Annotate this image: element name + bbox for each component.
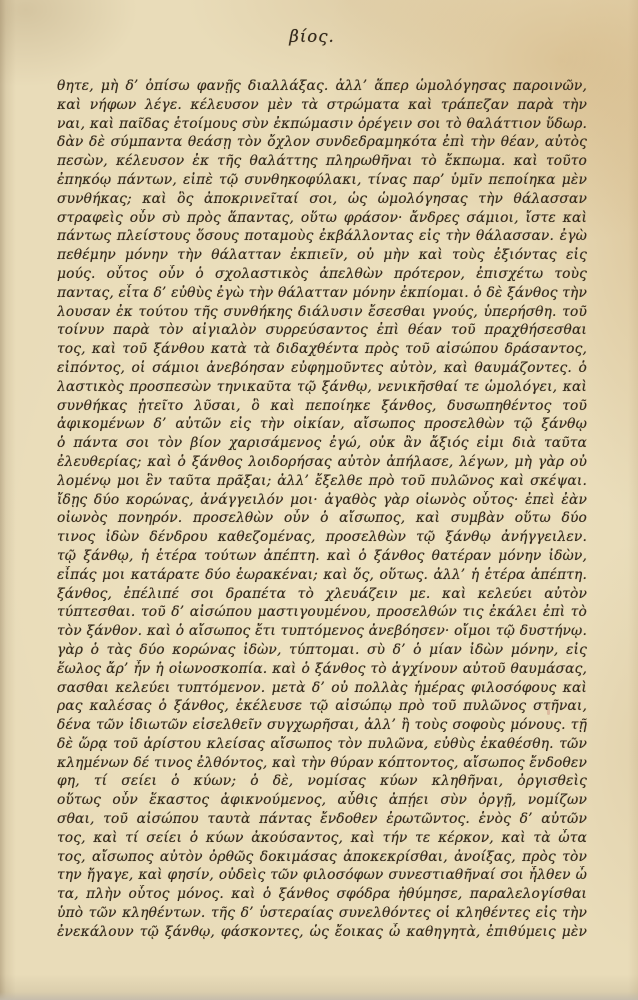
greek-text-block: θητε, μὴ δ’ ὀπίσω φανῇς διαλλάξας. ἀλλ’ …: [57, 77, 587, 942]
text-line: τα, πλὴν οὗτος μόνος. καὶ ὁ ξάνθος σφόδρ…: [57, 885, 587, 904]
text-line: θητε, μὴ δ’ ὀπίσω φανῇς διαλλάξας. ἀλλ’ …: [57, 77, 587, 96]
text-line: οἰωνὸς πονηρόν. προσελθὼν οὖν ὁ αἴσωπος,…: [57, 509, 587, 528]
text-line: λομένῳ μοι ἓν ταῦτα πρᾶξαι; ἀλλ’ ἔξελθε …: [57, 472, 587, 491]
text-line: τινος ἰδὼν δένδρου καθεζομένας, προσελθὼ…: [57, 528, 587, 547]
text-line: ὁ πάντα σοι τὸν βίον χαρισάμενος ἐγώ, οὐ…: [57, 434, 587, 453]
text-line: μούς. οὗτος οὖν ὁ σχολαστικὸς ἀπελθὼν πρ…: [57, 265, 587, 284]
text-line: λουσαν ἐκ τούτου τῆς συνθήκης διάλυσιν ἔ…: [57, 303, 587, 322]
text-line: ἐπηκόῳ πάντων, εἰπὲ τῷ συνθηκοφύλακι, τί…: [57, 171, 587, 190]
text-line: ξάνθος, ἐπέλιπέ σοι δραπέτα τὸ χλευάζειν…: [57, 585, 587, 604]
text-line: τύπτεσθαι. τοῦ δ’ αἰσώπου μαστιγουμένου,…: [57, 603, 587, 622]
text-line: λαστικὸς προσπεσὼν τηνικαῦτα τῷ ξάνθῳ, ν…: [57, 378, 587, 397]
text-line: συνθήκας ᾐτεῖτο λῦσαι, ὃ καὶ πεποίηκε ξά…: [57, 397, 587, 416]
text-line: σασθαι κελεύει τυπτόμενον. μετὰ δ’ οὐ πο…: [57, 679, 587, 698]
text-line: ναι, καὶ παῖδας ἑτοίμους σὺν ἐκπώμασιν ὀ…: [57, 115, 587, 134]
margin-stain: [547, 704, 550, 715]
text-line: ρας καλέσας ὁ ξάνθος, ἐκέλευσε τῷ αἰσώπῳ…: [57, 697, 587, 716]
text-line: τὸν ξάνθον. καὶ ὁ αἴσωπος ἔτι τυπτόμενος…: [57, 622, 587, 641]
text-line: εἰπόντος, οἱ σάμιοι ἀνεβόησαν εὐφημοῦντε…: [57, 359, 587, 378]
text-line: γὰρ ὁ τὰς δύο κορώνας ἰδὼν, τύπτομαι. σὺ…: [57, 641, 587, 660]
text-line: φη, τί σείει ὁ κύων; ὁ δὲ, νομίσας κύων …: [57, 772, 587, 791]
text-line: την ἤγαγε, καὶ φησίν, οὐδεὶς τῶν φιλοσόφ…: [57, 866, 587, 885]
text-line: κλημένων δέ τινος ἐλθόντος, καὶ τὴν θύρα…: [57, 754, 587, 773]
text-line: δὲ ὥρᾳ τοῦ ἀρίστου κλείσας αἴσωπος τὸν π…: [57, 735, 587, 754]
text-line: ἐνεκάλουν τῷ ξάνθῳ, φάσκοντες, ὡς ἔοικας…: [57, 923, 587, 942]
text-line: παντας, εἶτα δ’ εὐθὺς ἐγὼ τὴν θάλατταν μ…: [57, 284, 587, 303]
text-line: ὑπὸ τῶν κληθέντων. τῆς δ’ ὑστεραίας συνε…: [57, 904, 587, 923]
text-line: πεσὼν, κέλευσον ἐκ τῆς θαλάττης πληρωθῆν…: [57, 152, 587, 171]
text-line: πάντως πλείστους ὅσους ποταμοὺς ἐκβάλλον…: [57, 227, 587, 246]
text-line: ἕωλος ἄρ’ ἦν ἡ οἰωνοσκοπία. καὶ ὁ ξάνθος…: [57, 660, 587, 679]
text-line: δὰν δὲ σύμπαντα θεάσῃ τὸν ὄχλον συνδεδρα…: [57, 133, 587, 152]
text-line: οὕτως οὖν ἕκαστος ἀφικνούμενος, αὖθις ἀπ…: [57, 791, 587, 810]
text-line: τοίνυν παρὰ τὸν αἰγιαλὸν συρρεύσαντος ἐπ…: [57, 321, 587, 340]
text-line: πεθέμην μόνην τὴν θάλατταν ἐκπιεῖν, οὐ μ…: [57, 246, 587, 265]
text-line: ἀφικομένων δ’ αὐτῶν εἰς τὴν οἰκίαν, αἴσω…: [57, 415, 587, 434]
text-line: ἐλευθερίας; καὶ ὁ ξάνθος λοιδορήσας αὐτὸ…: [57, 453, 587, 472]
text-line: ἴδῃς δύο κορώνας, ἀνάγγειλόν μοι· ἀγαθὸς…: [57, 491, 587, 510]
page-bottom-edge: [0, 992, 638, 1000]
book-page: βίος. θητε, μὴ δ’ ὀπίσω φανῇς διαλλάξας.…: [0, 0, 638, 1000]
text-line: σθαι, τοῦ αἰσώπου ταυτὰ πάντας ἔνδοθεν ἐ…: [57, 810, 587, 829]
text-line: καὶ νήφων λέγε. κέλευσον μὲν τὰ στρώματα…: [57, 96, 587, 115]
text-line: στραφεὶς οὖν σὺ πρὸς ἅπαντας, οὕτω φράσο…: [57, 209, 587, 228]
text-line: τος, αἴσωπος αὐτὸν ὀρθῶς δοκιμάσας ἀποκε…: [57, 848, 587, 867]
text-line: συνθήκας; καὶ ὃς ἀποκρινεῖταί σοι, ὡς ὡμ…: [57, 190, 587, 209]
running-header: βίος.: [57, 27, 567, 46]
text-line: τῷ ξάνθῳ, ἡ ἑτέρα τούτων ἀπέπτη. καὶ ὁ ξ…: [57, 547, 587, 566]
text-line: τος, καὶ τοῦ ξάνθου κατὰ τὰ διδαχθέντα π…: [57, 340, 587, 359]
text-line: δένα τῶν ἰδιωτῶν εἰσελθεῖν συγχωρῆσαι, ἀ…: [57, 716, 587, 735]
text-line: τος, καὶ τί σείει ὁ κύων ἀκούσαντος, καὶ…: [57, 829, 587, 848]
text-line: εἶπάς μοι κατάρατε δύο ἑωρακέναι; καὶ ὅς…: [57, 566, 587, 585]
